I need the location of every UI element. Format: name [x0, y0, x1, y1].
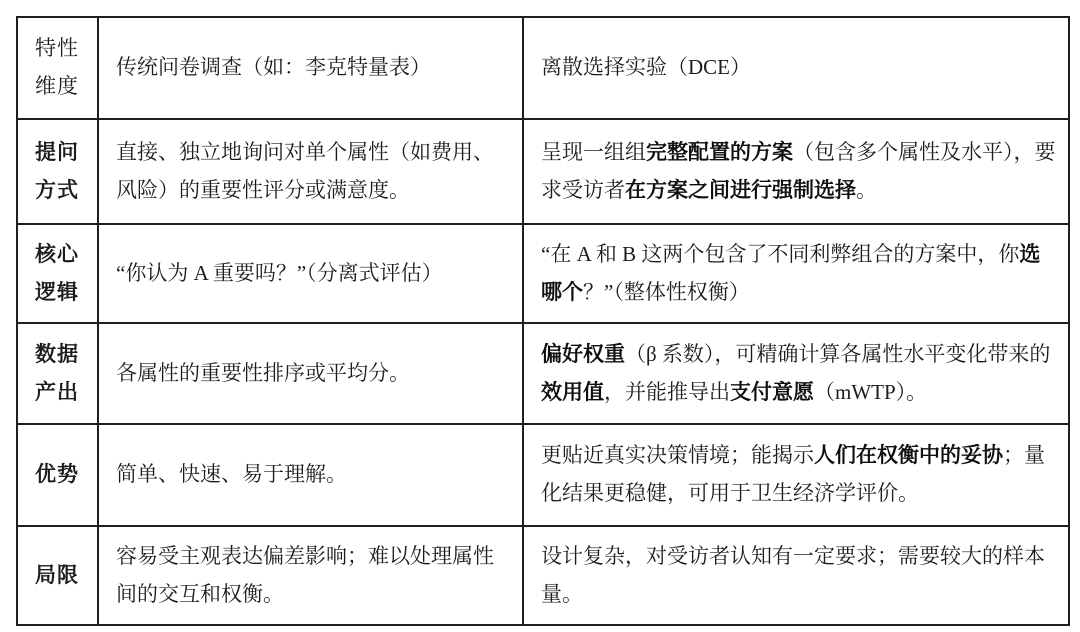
table-body: 特性维度 传统问卷调查（如：李克特量表） 离散选择实验（DCE） 提问方式直接、…: [17, 17, 1069, 625]
text-segment: 更贴近真实决策情境；能揭示: [541, 443, 814, 467]
header-row: 特性维度 传统问卷调查（如：李克特量表） 离散选择实验（DCE）: [17, 17, 1069, 119]
text-segment: 设计复杂，对受访者认知有一定要求；需要较大的样本量。: [541, 544, 1045, 606]
text-segment: “在 A 和 B 这两个包含了不同利弊组合的方案中，你: [541, 242, 1019, 266]
table-row: 优势简单、快速、易于理解。更贴近真实决策情境；能揭示人们在权衡中的妥协；量化结果…: [17, 424, 1069, 526]
traditional-cell: 容易受主观表达偏差影响；难以处理属性间的交互和权衡。: [98, 526, 523, 625]
table-row: 核心逻辑“你认为 A 重要吗？”（分离式评估）“在 A 和 B 这两个包含了不同…: [17, 224, 1069, 323]
table-row: 提问方式直接、独立地询问对单个属性（如费用、风险）的重要性评分或满意度。呈现一组…: [17, 119, 1069, 224]
row-label: 优势: [17, 424, 98, 526]
dce-cell: 呈现一组组完整配置的方案（包含多个属性及水平），要求受访者在方案之间进行强制选择…: [523, 119, 1069, 224]
text-segment: ？”（整体性权衡）: [583, 280, 750, 304]
bold-text-segment: 偏好权重: [541, 342, 625, 366]
text-segment: 容易受主观表达偏差影响；难以处理属性间的交互和权衡。: [116, 544, 494, 606]
row-label: 局限: [17, 526, 98, 625]
bold-text-segment: 在方案之间进行强制选择: [625, 178, 856, 202]
text-segment: 各属性的重要性排序或平均分。: [116, 361, 410, 385]
bold-text-segment: 完整配置的方案: [646, 140, 793, 164]
table-row: 数据产出各属性的重要性排序或平均分。偏好权重（β 系数），可精确计算各属性水平变…: [17, 323, 1069, 424]
text-segment: （mWTP）。: [814, 380, 927, 404]
dce-cell: 更贴近真实决策情境；能揭示人们在权衡中的妥协；量化结果更稳健，可用于卫生经济学评…: [523, 424, 1069, 526]
header-cell-traditional: 传统问卷调查（如：李克特量表）: [98, 17, 523, 119]
text-segment: （β 系数），可精确计算各属性水平变化带来的: [625, 342, 1050, 366]
text-segment: 简单、快速、易于理解。: [116, 462, 347, 486]
text-segment: “你认为 A 重要吗？”（分离式评估）: [116, 261, 443, 285]
row-label: 核心逻辑: [17, 224, 98, 323]
bold-text-segment: 效用值: [541, 380, 604, 404]
traditional-cell: 直接、独立地询问对单个属性（如费用、风险）的重要性评分或满意度。: [98, 119, 523, 224]
header-cell-dce: 离散选择实验（DCE）: [523, 17, 1069, 119]
text-segment: 直接、独立地询问对单个属性（如费用、风险）的重要性评分或满意度。: [116, 140, 494, 202]
text-segment: 呈现一组组: [541, 140, 646, 164]
bold-text-segment: 支付意愿: [730, 380, 814, 404]
document-page: 特性维度 传统问卷调查（如：李克特量表） 离散选择实验（DCE） 提问方式直接、…: [0, 0, 1080, 632]
table-row: 局限容易受主观表达偏差影响；难以处理属性间的交互和权衡。设计复杂，对受访者认知有…: [17, 526, 1069, 625]
dce-cell: “在 A 和 B 这两个包含了不同利弊组合的方案中，你选哪个？”（整体性权衡）: [523, 224, 1069, 323]
row-label: 数据产出: [17, 323, 98, 424]
dce-cell: 偏好权重（β 系数），可精确计算各属性水平变化带来的效用值，并能推导出支付意愿（…: [523, 323, 1069, 424]
traditional-cell: “你认为 A 重要吗？”（分离式评估）: [98, 224, 523, 323]
traditional-cell: 各属性的重要性排序或平均分。: [98, 323, 523, 424]
header-cell-dimension: 特性维度: [17, 17, 98, 119]
traditional-cell: 简单、快速、易于理解。: [98, 424, 523, 526]
comparison-table: 特性维度 传统问卷调查（如：李克特量表） 离散选择实验（DCE） 提问方式直接、…: [16, 16, 1070, 626]
text-segment: ，并能推导出: [604, 380, 730, 404]
bold-text-segment: 人们在权衡中的妥协: [814, 443, 1003, 467]
row-label: 提问方式: [17, 119, 98, 224]
dce-cell: 设计复杂，对受访者认知有一定要求；需要较大的样本量。: [523, 526, 1069, 625]
text-segment: 。: [856, 178, 877, 202]
